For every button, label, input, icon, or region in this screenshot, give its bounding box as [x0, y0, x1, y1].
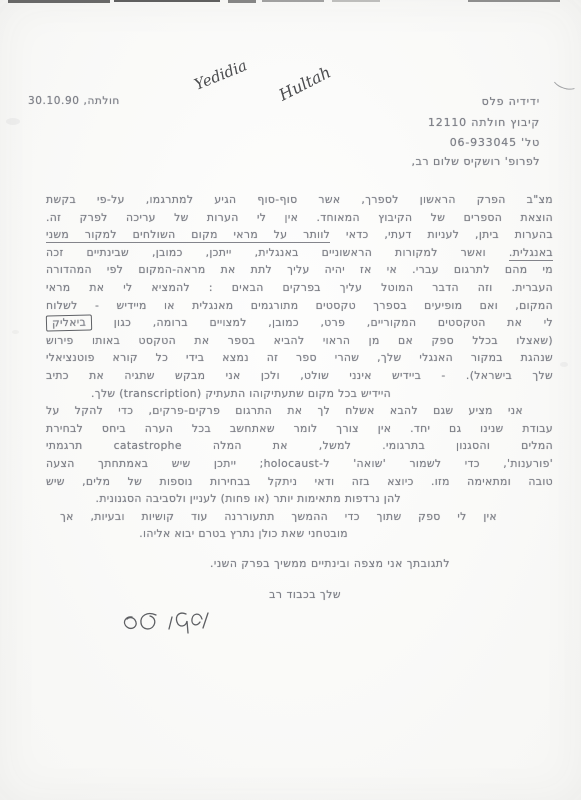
handwritten-place-annotation: Hultah [276, 62, 334, 104]
line-text: ואשר למקורות הראשוניים באנגלית, ייתכן, כ… [46, 246, 486, 259]
letter-line: להן נרדפות מתאימות יותר (או פחות) לעניין… [46, 490, 553, 508]
letter-line: באנגלית. ואשר למקורות הראשוניים באנגלית,… [46, 244, 553, 262]
letter-line: מי מהם לתרגום עברי. אי אז יהיה עליך לתת … [46, 261, 553, 279]
dateline: חולתה, 30.10.90 [28, 95, 120, 107]
sender-address: קיבוץ חולתה 12110 [428, 113, 540, 134]
letter-line: מובטחני שאת כולן נתרץ בטרם יבוא אליהו. [46, 525, 553, 543]
scan-edge-artifact [228, 0, 256, 3]
letter-line: המלים והסגנון בתרגומי. למשל, את המלה cat… [46, 437, 553, 455]
letter-line: טובה ומתאימה מזו. כיוצא בזה ודאי ניתקל ב… [46, 473, 553, 491]
sender-block: ידידיה פלס קיבוץ חולתה 12110 טל' 06-9330… [428, 92, 540, 154]
line-text: לי את הטקסטים המקוריים, פרט, כמובן, למצו… [114, 316, 553, 329]
scan-edge-artifact [8, 0, 110, 3]
letter-line: אני מציע שגם להבא אשלח לך את התרגום פרקי… [46, 402, 553, 420]
letter-line: בהערות ביתן, לעניות דעתי, כדאי לוותר על … [46, 226, 553, 244]
scan-edge-artifact [114, 0, 220, 2]
letter-line: (שאצלו בכלל ספק אם מן הראוי להביא בספר א… [46, 332, 553, 350]
closing-line: לתגובתך אני מצפה ובינתיים ממשיך בפרק השנ… [210, 557, 450, 570]
letter-line: המקום, ואם מופיעים בספרך טקסטים מתורגמים… [46, 297, 553, 315]
handwritten-name-annotation: Yedidia [192, 56, 250, 93]
sender-phone: טל' 06-933045 [428, 133, 540, 154]
letter-body: מצ"ב הפרק הראשון לספרך, אשר סוף-סוף הגיע… [46, 191, 553, 543]
letter-line: שנהגת במקור האנגלי שלך, שהרי ספר זה נמצא… [46, 349, 553, 367]
letter-line: מצ"ב הפרק הראשון לספרך, אשר סוף-סוף הגיע… [46, 191, 553, 209]
line-text: בהערות ביתן, לעניות דעתי, כדאי [346, 228, 553, 241]
letter-line: הוצאת הספרים של הקיבוץ המאוחד. אין לי הע… [46, 209, 553, 227]
scan-smudge [12, 330, 19, 334]
signature-scribble [112, 601, 212, 643]
scan-smudge [560, 362, 568, 367]
hand-boxed-word: ביאליק [46, 315, 93, 332]
scanned-letter-page: Yedidia Hultah ידידיה פלס קיבוץ חולתה 12… [0, 0, 581, 800]
underlined-text: לוותר על מראי מקום השולחים למקור משני [46, 228, 330, 243]
scan-edge-artifact [468, 0, 560, 2]
underlined-text: באנגלית. [509, 246, 553, 261]
letter-line: העברית. וזה הדבר המוטל עליך בפרקים הבאים… [46, 279, 553, 297]
sender-name: ידידיה פלס [428, 92, 540, 113]
salutation: לפרופ' רושקיס שלום רב, [411, 155, 540, 168]
signoff-line: שלך בכבוד רב [269, 588, 341, 601]
letter-line: שלך בישראל). - ביידיש אינני שולט, ולכן א… [46, 367, 553, 385]
letter-line: אין לי ספק שתוך כדי ההמשך תתעוררנה עוד ק… [46, 508, 553, 526]
letter-line: לי את הטקסטים המקוריים, פרט, כמובן, למצו… [46, 314, 553, 332]
pen-curve-mark [550, 68, 581, 93]
scan-smudge [6, 118, 20, 125]
letter-line: 'פורענות', כדי לשמור 'שואה' ל-holocaust;… [46, 455, 553, 473]
letter-line: עבודת שנינו גם יחד. אין צורך לומר שאתחשב… [46, 420, 553, 438]
letter-line: היידיש בכל מקום שתעתיקוהו התעתיק (transc… [46, 385, 553, 403]
scan-edge-artifact [262, 0, 324, 2]
scan-edge-artifact [332, 0, 380, 2]
